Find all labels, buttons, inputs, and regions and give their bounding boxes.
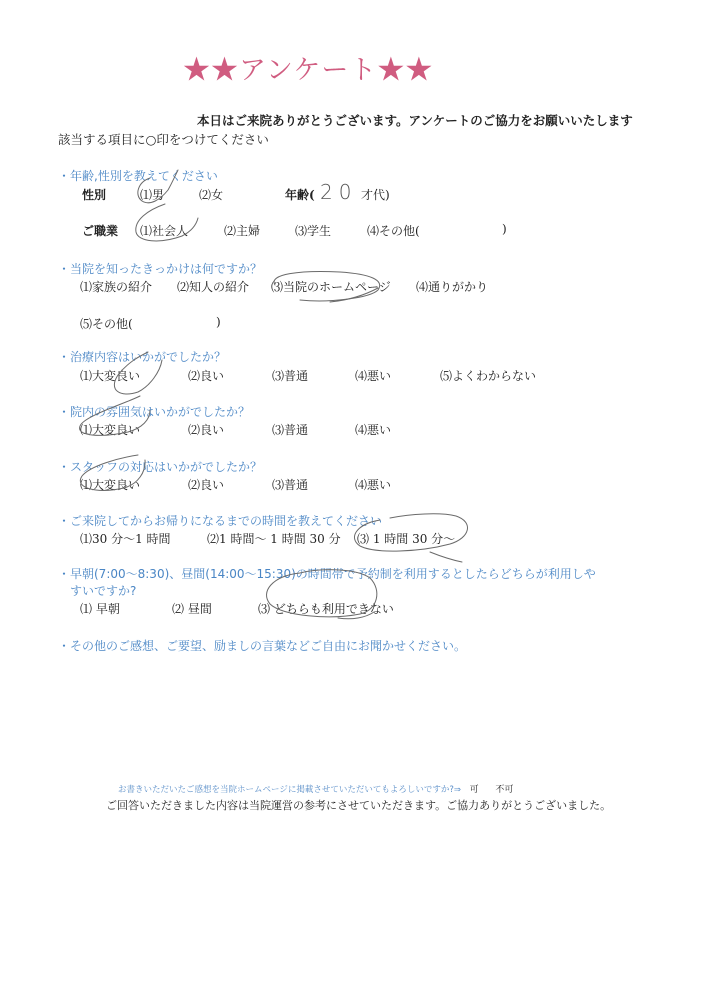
publish-permission-yes[interactable]: 可 <box>470 785 479 795</box>
duration-option-90-plus[interactable]: ⑶ 1 時間 30 分〜 <box>357 530 455 547</box>
referral-option-family[interactable]: ⑴家族の紹介 <box>80 278 152 295</box>
staff-option-normal[interactable]: ⑶普通 <box>272 476 308 493</box>
gender-option-female[interactable]: ⑵女 <box>199 186 223 203</box>
question-reservation-line2: すいですか? <box>70 582 136 599</box>
intro-instruction: 該当する項目に○印をつけてください <box>58 130 269 148</box>
question-comments: ・その他のご感想、ご要望、励ましの言葉などご自由にお聞かせください。 <box>58 637 466 654</box>
question-reservation-line1: ・早朝(7:00〜8:30)、昼間(14:00〜15:30)の時間帯で予約制を利… <box>58 565 596 582</box>
treatment-option-very-good[interactable]: ⑴大変良い <box>80 367 140 384</box>
referral-other-close: ) <box>216 315 221 329</box>
reservation-option-daytime[interactable]: ⑵ 昼間 <box>172 600 212 617</box>
atmosphere-option-very-good[interactable]: ⑴大変良い <box>80 421 140 438</box>
atmosphere-option-normal[interactable]: ⑶普通 <box>272 421 308 438</box>
referral-option-passing[interactable]: ⑷通りがかり <box>416 278 488 295</box>
thanks-message: ご回答いただきました内容は当院運営の参考にさせていただきます。ご協力ありがとうご… <box>106 797 611 813</box>
publish-permission-question: お書きいただいたご感想を当院ホームページに掲載させていただいてもよろしいですか?… <box>118 782 513 795</box>
gender-option-male[interactable]: ⑴男 <box>140 186 164 203</box>
question-visit-duration: ・ご来院してからお帰りになるまでの時間を教えてください <box>58 512 382 529</box>
treatment-option-unsure[interactable]: ⑸よくわからない <box>440 367 536 384</box>
occupation-label: ご職業 <box>82 222 118 239</box>
occupation-option-student[interactable]: ⑶学生 <box>295 222 331 239</box>
intro-greeting: 本日はご来院ありがとうございます。アンケートのご協力をお願いいたします <box>197 111 633 129</box>
staff-option-very-good[interactable]: ⑴大変良い <box>80 476 140 493</box>
pen-marks <box>0 0 706 999</box>
reservation-option-neither[interactable]: ⑶ どちらも利用できない <box>258 600 394 617</box>
age-unit-label: 才代) <box>361 186 390 203</box>
treatment-option-bad[interactable]: ⑷悪い <box>355 367 391 384</box>
publish-permission-no[interactable]: 不可 <box>495 785 513 795</box>
gender-label: 性別 <box>82 186 106 203</box>
question-referral: ・当院を知ったきっかけは何ですか？ <box>58 260 262 277</box>
publish-permission-text: お書きいただいたご感想を当院ホームページに掲載させていただいてもよろしいですか?… <box>118 785 461 795</box>
occupation-option-other[interactable]: ⑷その他( <box>367 222 420 239</box>
reservation-option-early[interactable]: ⑴ 早朝 <box>80 600 120 617</box>
referral-option-friend[interactable]: ⑵知人の紹介 <box>177 278 249 295</box>
staff-option-bad[interactable]: ⑷悪い <box>355 476 391 493</box>
question-atmosphere: ・院内の雰囲気はいかがでしたか？ <box>58 403 250 420</box>
atmosphere-option-good[interactable]: ⑵良い <box>188 421 224 438</box>
occupation-other-close: ) <box>502 222 507 236</box>
duration-option-60-90[interactable]: ⑵1 時間〜 1 時間 30 分 <box>207 530 341 547</box>
referral-option-homepage[interactable]: ⑶当院のホームページ <box>271 278 391 295</box>
age-label: 年齢( <box>285 186 315 203</box>
referral-option-other[interactable]: ⑸その他( <box>80 315 133 332</box>
comments-answer-area[interactable] <box>70 660 630 770</box>
occupation-option-housewife[interactable]: ⑵主婦 <box>224 222 260 239</box>
question-age-gender: ・年齢,性別を教えてください <box>58 167 218 184</box>
duration-option-30-60[interactable]: ⑴30 分〜1 時間 <box>80 530 171 547</box>
age-handwritten-value[interactable]: 20 <box>320 180 357 204</box>
question-treatment: ・治療内容はいかがでしたか？ <box>58 348 226 365</box>
atmosphere-option-bad[interactable]: ⑷悪い <box>355 421 391 438</box>
treatment-option-good[interactable]: ⑵良い <box>188 367 224 384</box>
staff-option-good[interactable]: ⑵良い <box>188 476 224 493</box>
question-staff: ・スタッフの対応はいかがでしたか？ <box>58 458 262 475</box>
treatment-option-normal[interactable]: ⑶普通 <box>272 367 308 384</box>
survey-title: ★★アンケート★★ <box>183 48 433 87</box>
occupation-option-worker[interactable]: ⑴社会人 <box>140 222 188 239</box>
